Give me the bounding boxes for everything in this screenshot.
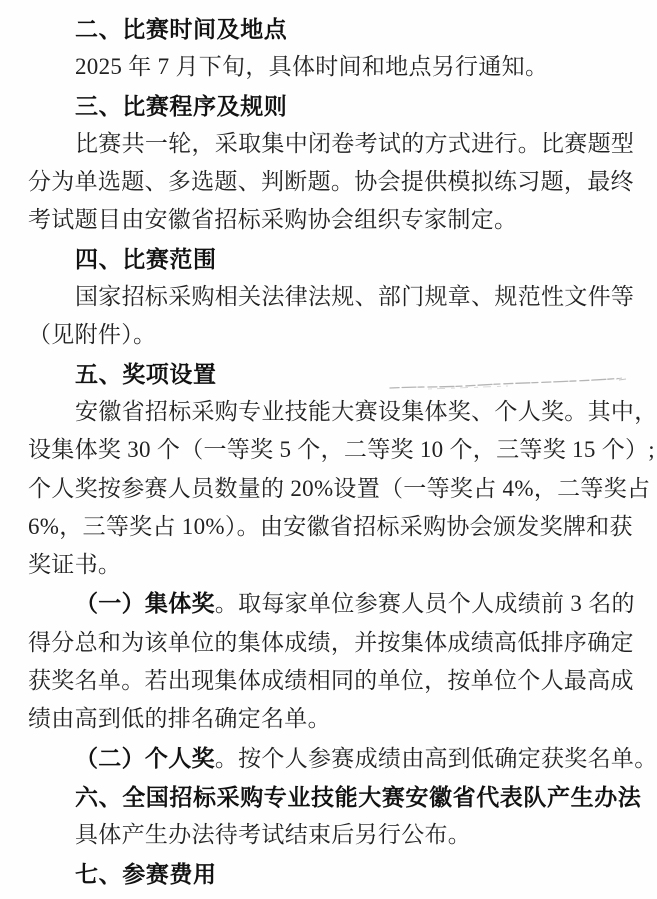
section-heading: 四、比赛范围: [28, 240, 639, 278]
text-run: 国家招标采购相关法律法规、部门规章、规范性文件等: [75, 284, 634, 309]
text-run: 比赛共一轮，采取集中闭卷考试的方式进行。比赛题型: [75, 131, 634, 156]
text-line: 比赛共一轮，采取集中闭卷考试的方式进行。比赛题型: [28, 125, 639, 163]
text-run: （一）集体奖: [75, 590, 215, 616]
text-run: 。取每家单位参赛人员个人成绩前 3 名的: [215, 591, 635, 616]
text-run: 安徽省招标采购专业技能大赛设集体奖、个人奖。其中，: [75, 399, 657, 424]
section-heading: 六、全国招标采购专业技能大赛安徽省代表队产生办法: [28, 778, 639, 816]
text-line: 具体产生办法待考试结束后另行公布。: [28, 816, 639, 854]
text-line: 奖证书。: [28, 546, 639, 584]
scanned-document-page: 二、比赛时间及地点2025 年 7 月下旬，具体时间和地点另行通知。三、比赛程序…: [0, 0, 657, 899]
section-heading: 三、比赛程序及规则: [28, 87, 639, 125]
text-line: 绩由高到低的排名确定名单。: [28, 700, 639, 738]
text-run: 设集体奖 30 个（一等奖 5 个，二等奖 10 个，三等奖 15 个）;: [28, 437, 655, 462]
text-run: 考试题目由安徽省招标采购协会组织专家制定。: [28, 207, 517, 232]
text-run: （二）个人奖: [75, 745, 215, 771]
text-run: 三、比赛程序及规则: [75, 93, 287, 119]
text-run: 分为单选题、多选题、判断题。协会提供模拟练习题，最终: [28, 169, 634, 194]
text-run: 获奖名单。若出现集体成绩相同的单位，按单位个人最高成: [28, 668, 634, 693]
text-line: 获奖名单。若出现集体成绩相同的单位，按单位个人最高成: [28, 662, 639, 700]
text-run: 得分总和为该单位的集体成绩，并按集体成绩高低排序确定: [28, 630, 634, 655]
text-run: 6%，三等奖占 10%）。由安徽省招标采购协会颁发奖牌和获: [28, 514, 633, 539]
text-line: （二）个人奖。按个人参赛成绩由高到低确定获奖名单。: [28, 739, 639, 778]
text-run: 七、参赛费用: [75, 861, 217, 887]
text-line: （见附件）。: [28, 316, 639, 354]
text-run: 四、比赛范围: [75, 246, 217, 272]
text-line: 个人奖按参赛人员数量的 20%设置（一等奖占 4%，二等奖占: [28, 470, 639, 508]
text-line: 得分总和为该单位的集体成绩，并按集体成绩高低排序确定: [28, 624, 639, 662]
text-line: 分为单选题、多选题、判断题。协会提供模拟练习题，最终: [28, 163, 639, 201]
text-line: 国家招标采购相关法律法规、部门规章、规范性文件等: [28, 278, 639, 316]
text-run: 五、奖项设置: [75, 361, 217, 387]
section-heading: 七、参赛费用: [28, 855, 639, 893]
text-run: 2025 年 7 月下旬，具体时间和地点另行通知。: [75, 54, 548, 79]
text-line: 6%，三等奖占 10%）。由安徽省招标采购协会颁发奖牌和获: [28, 508, 639, 546]
text-line: 2025 年 7 月下旬，具体时间和地点另行通知。: [28, 48, 639, 86]
text-run: 二、比赛时间及地点: [75, 16, 287, 42]
text-run: 绩由高到低的排名确定名单。: [28, 706, 331, 731]
text-line: 安徽省招标采购专业技能大赛设集体奖、个人奖。其中，: [28, 393, 639, 431]
section-heading: 五、奖项设置: [28, 355, 639, 393]
text-line: 设集体奖 30 个（一等奖 5 个，二等奖 10 个，三等奖 15 个）;: [28, 431, 639, 469]
text-run: 奖证书。: [28, 552, 121, 577]
section-heading: 二、比赛时间及地点: [28, 10, 639, 48]
text-line: （一）集体奖。取每家单位参赛人员个人成绩前 3 名的: [28, 584, 639, 623]
document-body: 二、比赛时间及地点2025 年 7 月下旬，具体时间和地点另行通知。三、比赛程序…: [28, 10, 639, 893]
text-run: （见附件）。: [28, 322, 156, 347]
text-run: 。按个人参赛成绩由高到低确定获奖名单。: [215, 746, 657, 771]
text-line: 考试题目由安徽省招标采购协会组织专家制定。: [28, 201, 639, 239]
text-run: 具体产生办法待考试结束后另行公布。: [75, 822, 471, 847]
text-run: 个人奖按参赛人员数量的 20%设置（一等奖占 4%，二等奖占: [28, 476, 650, 501]
text-run: 六、全国招标采购专业技能大赛安徽省代表队产生办法: [75, 784, 641, 810]
